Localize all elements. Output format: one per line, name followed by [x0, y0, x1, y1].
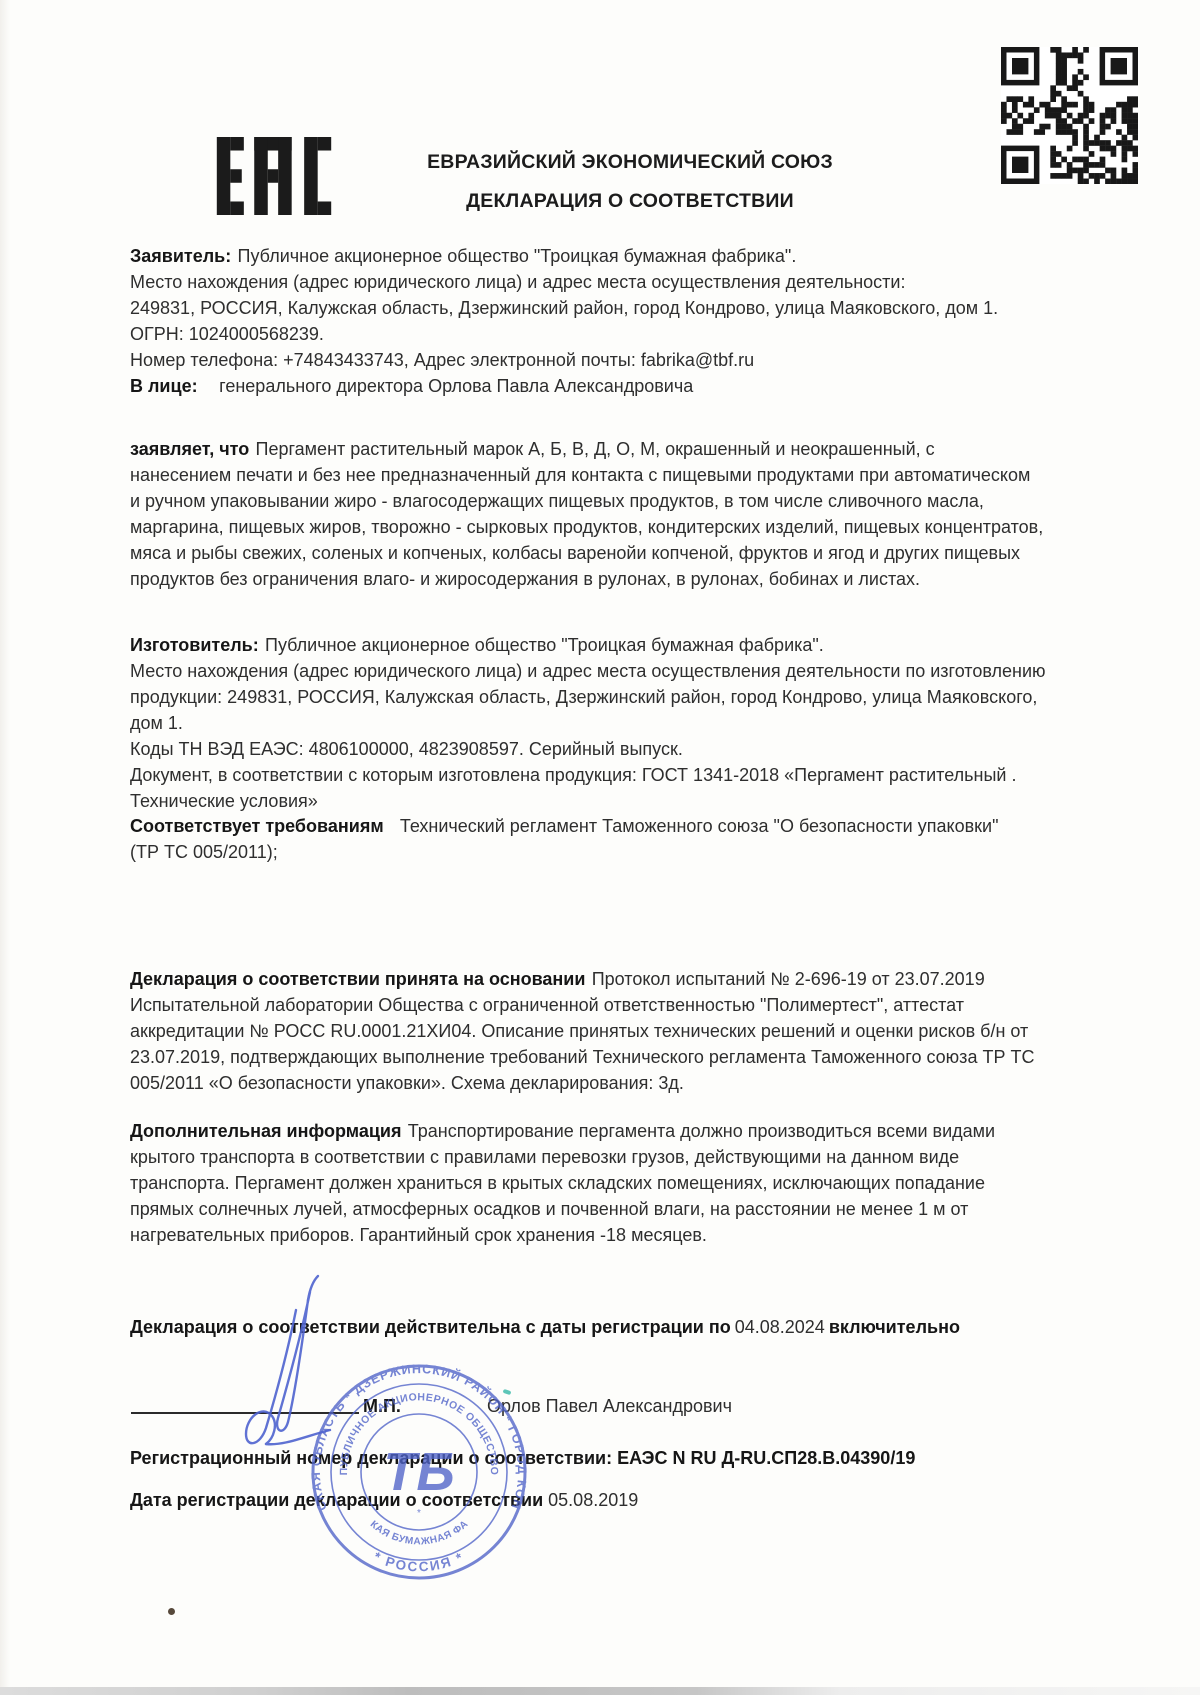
basis-label: Декларация о соответствии принята на осн…	[130, 969, 585, 989]
conforms-label: Соответствует требованиям	[130, 816, 384, 836]
validity-bold-after: включительно	[829, 1317, 960, 1337]
qr-finder-top-right	[1100, 47, 1138, 85]
signature-stroke	[266, 1430, 330, 1444]
declares-section: заявляет, чтоПергамент растительный маро…	[130, 436, 1160, 592]
document-page: ЕВРАЗИЙСКИЙ ЭКОНОМИЧЕСКИЙ СОЮЗ ДЕКЛАРАЦИ…	[0, 0, 1200, 1695]
stamp-star-mark: *	[417, 1508, 421, 1519]
document-title: ДЕКЛАРАЦИЯ О СООТВЕТСТВИИ	[130, 190, 1130, 213]
manufacturer-text: Публичное акционерное общество "Троицкая…	[130, 635, 1046, 811]
basis-section: Декларация о соответствии принята на осн…	[130, 966, 1160, 1096]
additional-info-label: Дополнительная информация	[130, 1121, 401, 1141]
registration-number-value: ЕАЭС N RU Д-RU.СП28.В.04390/19	[617, 1448, 915, 1468]
validity-date: 04.08.2024	[735, 1317, 825, 1337]
applicant-label: Заявитель:	[130, 246, 231, 266]
qr-finder-top-left	[1001, 47, 1039, 85]
applicant-section: Заявитель:Публичное акционерное общество…	[130, 243, 1160, 373]
stamp-monogram: ТБ	[383, 1442, 454, 1502]
manufacturer-section: Изготовитель:Публичное акционерное общес…	[130, 632, 1160, 814]
handwritten-signature	[230, 1262, 360, 1462]
union-title: ЕВРАЗИЙСКИЙ ЭКОНОМИЧЕСКИЙ СОЮЗ	[130, 151, 1130, 174]
scan-speck	[168, 1608, 175, 1615]
conforms-section: Соответствует требованиямТехнический рег…	[130, 813, 1160, 865]
scan-bottom-edge	[0, 1687, 1200, 1695]
svg-text:* РОССИЯ *: * РОССИЯ *	[371, 1549, 466, 1574]
validity-bold-before: Декларация о соответствии действительна …	[130, 1317, 731, 1337]
manufacturer-label: Изготовитель:	[130, 635, 259, 655]
principal-section: В лице:генерального директора Орлова Пав…	[130, 373, 1160, 399]
stamp-outer-bottom-text: * РОССИЯ *	[371, 1549, 466, 1574]
signature-stroke	[277, 1292, 310, 1431]
declares-text: Пергамент растительный марок А, Б, В, Д,…	[130, 439, 1043, 589]
applicant-text: Публичное акционерное общество "Троицкая…	[130, 246, 998, 370]
principal-label: В лице:	[130, 376, 198, 396]
scan-edge-shading	[0, 0, 10, 1695]
principal-text: генерального директора Орлова Павла Алек…	[219, 376, 693, 396]
declares-label: заявляет, что	[130, 439, 249, 459]
additional-info-section: Дополнительная информацияТранспортирован…	[130, 1118, 1160, 1248]
registration-date-value: 05.08.2019	[548, 1490, 638, 1510]
